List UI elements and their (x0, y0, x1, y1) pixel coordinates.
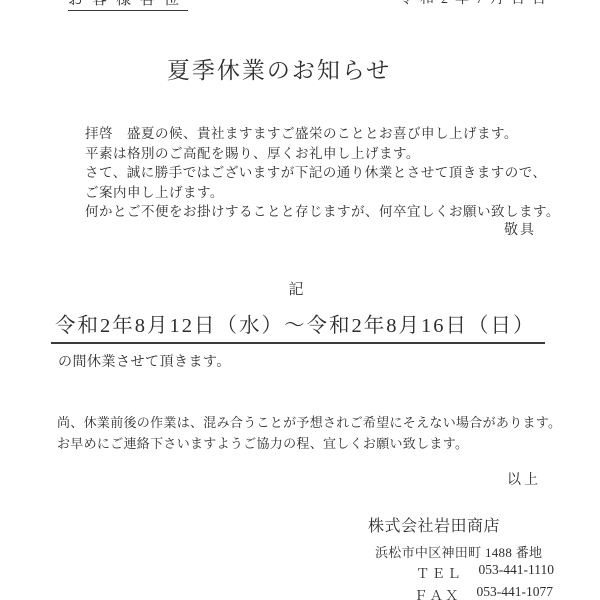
greeting-line: さて、誠に勝手ではございますが下記の通り休業とさせて頂きますので、 (85, 163, 560, 183)
document-title: 夏季休業のお知らせ (0, 52, 558, 85)
notice-line: 尚、休業前後の作業は、混み合うことが予想されご希望にそえない場合があります。 (57, 412, 561, 433)
greeting-line: 拝啓 盛夏の候、貴社ますますご盛栄のこととお喜び申し上げます。 (85, 124, 560, 144)
issue-date: 令和2年7月吉日 (399, 0, 553, 9)
notice-paragraph: 尚、休業前後の作業は、混み合うことが予想されご希望にそえない場合があります。 お… (57, 412, 561, 454)
company-name: 株式会社岩田商店 (368, 513, 500, 536)
greeting-paragraph: 拝啓 盛夏の候、貴社ますますご盛栄のこととお喜び申し上げます。 平素は格別のご高… (85, 124, 560, 222)
greeting-line: ご案内申し上げます。 (85, 183, 560, 203)
tel-row: ＴＥＬ 053-441-1110 (416, 562, 554, 582)
company-address: 浜松市中区神田町 1488 番地 (375, 542, 542, 561)
greeting-line: 何かとご不便をお掛けすることと存じますが、何卒宜しくお願い致します。 (85, 202, 560, 222)
fax-row: ＦＡＸ 053-441-1077 (414, 584, 553, 600)
greeting-line: 平素は格別のご高配を賜り、厚くお礼申し上げます。 (85, 144, 560, 164)
recipient-line: お客様各位 (68, 0, 188, 11)
notice-line: お早めにご連絡下さいますようご協力の程、宜しくお願い致します。 (57, 433, 561, 454)
end-marker-ijou: 以上 (507, 469, 541, 489)
record-marker: 記 (0, 278, 592, 299)
tel-number: 053-441-1110 (479, 562, 555, 582)
holiday-period-note: の間休業させて頂きます。 (58, 351, 231, 371)
closing-keigu: 敬具 (504, 219, 536, 239)
tel-label: ＴＥＬ (416, 562, 463, 582)
holiday-period: 令和2年8月12日（水）～令和2年8月16日（日） (51, 308, 545, 344)
scanned-document-page: お客様各位 令和2年7月吉日 夏季休業のお知らせ 拝啓 盛夏の候、貴社ますますご… (0, 0, 600, 600)
fax-number: 053-441-1077 (477, 584, 554, 600)
fax-label: ＦＡＸ (414, 584, 461, 600)
